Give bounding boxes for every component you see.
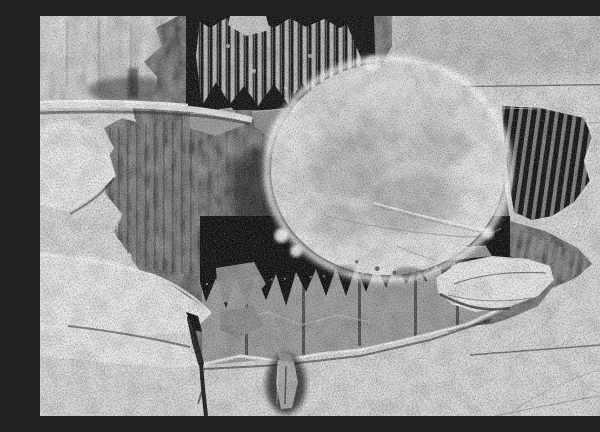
photo-ice-disc-cardboard: Ice disc in torn frosted corrugated card… xyxy=(40,16,600,416)
photo-frame: Ice disc in torn frosted corrugated card… xyxy=(40,16,600,416)
film-grain-light xyxy=(40,16,600,416)
